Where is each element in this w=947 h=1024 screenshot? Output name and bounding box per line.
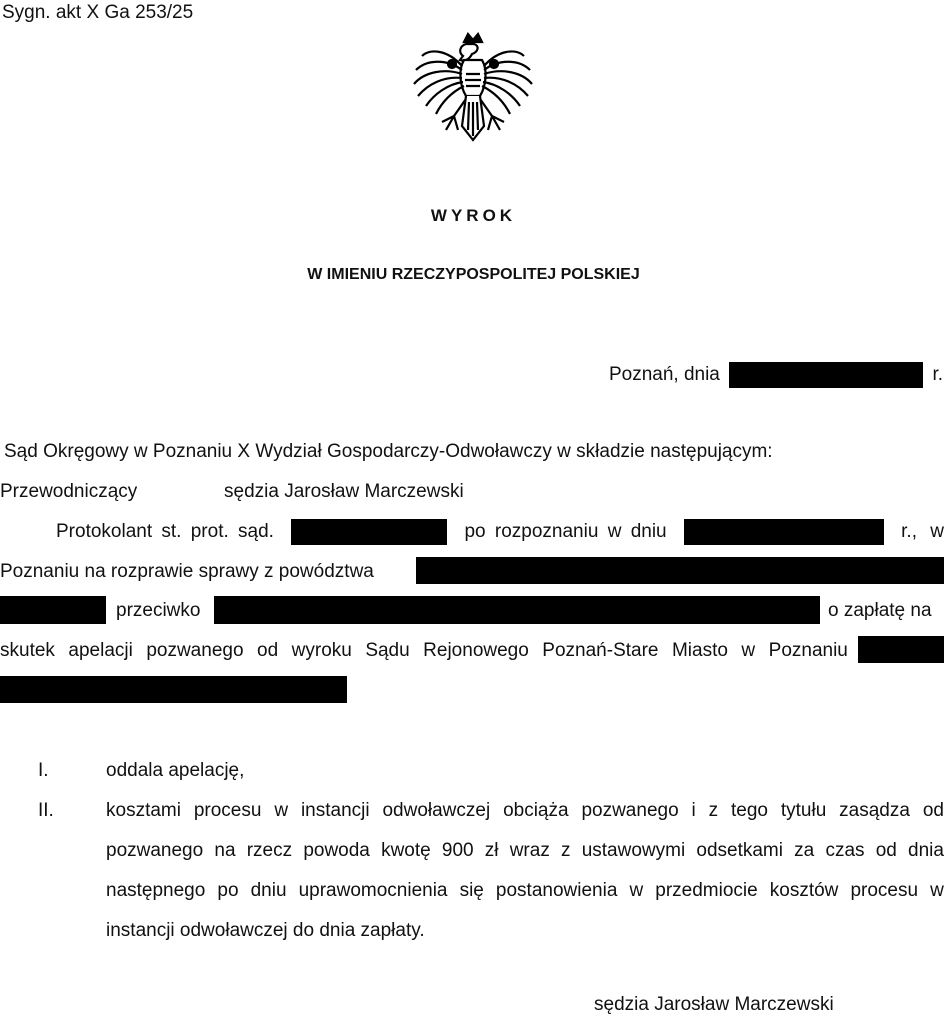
place-date-suffix: r. bbox=[932, 364, 943, 385]
redacted-defendant bbox=[214, 596, 820, 624]
hearing-suffix: r., w bbox=[901, 518, 944, 546]
word: następnego bbox=[106, 877, 205, 905]
case-number: Sygn. akt X Ga 253/25 bbox=[2, 2, 193, 24]
word: odwoławczej bbox=[382, 797, 490, 825]
word: przedmiocie bbox=[655, 877, 757, 905]
presiding-row: Przewodniczący bbox=[0, 478, 137, 506]
word: w bbox=[930, 877, 944, 905]
redacted-date bbox=[729, 362, 923, 388]
word: postanowienia bbox=[496, 877, 617, 905]
word: tytułu bbox=[781, 797, 826, 825]
word: zł bbox=[485, 837, 499, 865]
word: się bbox=[460, 877, 484, 905]
ruling-text: kosztamiprocesuwinstancjiodwoławczejobci… bbox=[106, 797, 944, 945]
word: 900 bbox=[442, 837, 474, 865]
word: zasądza bbox=[839, 797, 910, 825]
word: na bbox=[214, 837, 235, 865]
word: w bbox=[274, 797, 288, 825]
redacted-clerk-name bbox=[291, 519, 447, 545]
word: wyroku bbox=[292, 637, 352, 665]
word: Miasto bbox=[672, 637, 728, 665]
ruling-text: oddala apelację, bbox=[106, 757, 944, 785]
word: czas bbox=[825, 837, 864, 865]
word: od bbox=[876, 837, 897, 865]
clerk-line: Protokolant st. prot. sąd. po rozpoznani… bbox=[56, 518, 944, 546]
word: tego bbox=[731, 797, 768, 825]
word: obciąża bbox=[503, 797, 569, 825]
word: pozwanego bbox=[106, 837, 203, 865]
ruling-number: I. bbox=[38, 757, 49, 785]
word: uprawomocnienia bbox=[299, 877, 448, 905]
word: pozwanego bbox=[146, 637, 243, 665]
word: w bbox=[741, 637, 755, 665]
judge-signature: sędzia Jarosław Marczewski bbox=[594, 994, 834, 1016]
redacted-plaintiff bbox=[416, 557, 944, 584]
word: po bbox=[217, 877, 238, 905]
redacted-hearing-date bbox=[684, 519, 884, 545]
word: dniu bbox=[251, 877, 287, 905]
word: Rejonowego bbox=[423, 637, 529, 665]
judgment-title: WYROK bbox=[0, 206, 947, 226]
redacted-plaintiff-continued bbox=[0, 596, 106, 624]
presiding-judge: sędzia Jarosław Marczewski bbox=[224, 478, 464, 506]
ruling-line: następnegopodniuuprawomocnieniasiępostan… bbox=[106, 877, 944, 905]
court-line: Sąd Okręgowy w Poznaniu X Wydział Gospod… bbox=[4, 438, 773, 466]
polish-eagle-emblem-icon bbox=[408, 30, 538, 160]
word: od bbox=[257, 637, 278, 665]
word: za bbox=[794, 837, 814, 865]
ruling-line: instancji odwoławczej do dnia zapłaty. bbox=[106, 917, 944, 945]
against-word: przeciwko bbox=[116, 597, 200, 625]
word: i bbox=[692, 797, 696, 825]
ruling-line: oddala apelację, bbox=[106, 757, 944, 785]
word: instancji bbox=[301, 797, 370, 825]
word: pozwanego bbox=[581, 797, 678, 825]
word: Poznaniu bbox=[769, 637, 848, 665]
word: dnia bbox=[908, 837, 944, 865]
judgment-subtitle: W IMIENIU RZECZYPOSPOLITEJ POLSKIEJ bbox=[0, 266, 947, 284]
redacted-lower-court-case bbox=[858, 636, 944, 663]
word: kosztów bbox=[770, 877, 839, 905]
word: kosztami bbox=[106, 797, 181, 825]
presiding-label: Przewodniczący bbox=[0, 481, 137, 502]
word: apelacji bbox=[68, 637, 132, 665]
appeal-line: skutekapelacjipozwanegoodwyrokuSąduRejon… bbox=[0, 637, 848, 665]
ruling-number: II. bbox=[38, 797, 54, 825]
ruling-line: kosztamiprocesuwinstancjiodwoławczejobci… bbox=[106, 797, 944, 825]
word: od bbox=[923, 797, 944, 825]
hearing-text: po rozpoznaniu w dniu bbox=[464, 518, 666, 546]
word: kwotę bbox=[381, 837, 431, 865]
word: powoda bbox=[303, 837, 370, 865]
subject-text: o zapłatę na bbox=[828, 597, 932, 625]
word: Sądu bbox=[365, 637, 409, 665]
word: wraz bbox=[510, 837, 550, 865]
word: procesu bbox=[194, 797, 262, 825]
word: ustawowymi bbox=[582, 837, 685, 865]
word: skutek bbox=[0, 637, 55, 665]
word: w bbox=[629, 877, 643, 905]
word: odsetkami bbox=[696, 837, 783, 865]
word: z bbox=[709, 797, 719, 825]
ruling-line: pozwanegonarzeczpowodakwotę900złwrazzust… bbox=[106, 837, 944, 865]
word: rzecz bbox=[247, 837, 292, 865]
redacted-lower-court-date bbox=[0, 676, 347, 703]
plaintiff-line-text: Poznaniu na rozprawie sprawy z powództwa bbox=[0, 558, 374, 586]
word: procesu bbox=[850, 877, 918, 905]
word: Poznań-Stare bbox=[542, 637, 658, 665]
clerk-label: Protokolant st. prot. sąd. bbox=[56, 518, 274, 546]
place-and-date: Poznań, dnia r. bbox=[609, 362, 943, 388]
place-date-prefix: Poznań, dnia bbox=[609, 364, 720, 385]
word: z bbox=[561, 837, 571, 865]
